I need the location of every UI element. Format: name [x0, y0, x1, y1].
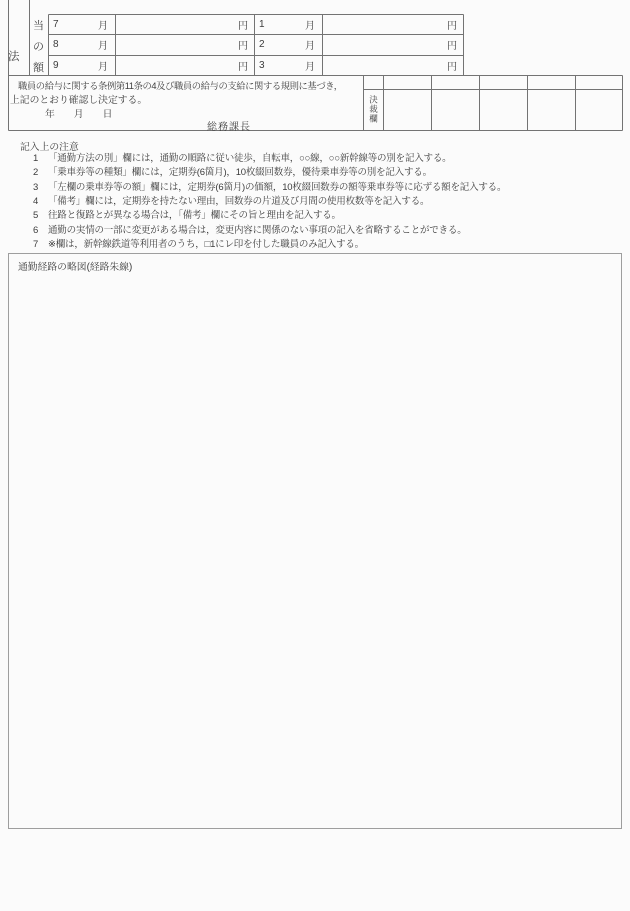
- approval-cell-empty: [432, 76, 479, 89]
- month-number: 2: [259, 39, 265, 50]
- note-text: ※欄は，新幹線鉄道等利用者のうち，□1にレ印を付した職員のみ記入する。: [48, 238, 364, 252]
- month-number: 3: [259, 60, 265, 71]
- currency-unit: 円: [238, 17, 248, 32]
- year-label: 年: [45, 106, 55, 120]
- notes-list: 1 「通勤方法の別」欄には，通勤の順路に従い徒歩，自転車，○○線，○○新幹線等の…: [31, 152, 506, 252]
- amount-column-char: 当: [29, 17, 48, 33]
- note-text: 「通勤方法の別」欄には，通勤の順路に従い徒歩，自転車，○○線，○○新幹線等の別を…: [48, 152, 451, 166]
- note-item: 4 「備考」欄には，定期券を持たない理由，回数券の片道及び月間の使用枚数等を記入…: [31, 195, 506, 209]
- month-label-cell: 7 月: [48, 14, 115, 34]
- month-unit: 月: [305, 58, 315, 73]
- approval-seal-cell: [528, 90, 575, 130]
- note-text: 往路と復路とが異なる場合は，「備考」欄にその旨と理由を記入する。: [48, 209, 341, 223]
- amount-column-char: 額: [29, 59, 48, 75]
- month-number: 8: [53, 39, 59, 50]
- route-map-label: 通勤経路の略図(経路朱線): [18, 259, 132, 273]
- amount-column-char: の: [29, 38, 48, 54]
- amount-field: 円: [115, 34, 254, 55]
- month-unit: 月: [98, 58, 108, 73]
- amount-field: 円: [322, 34, 463, 55]
- note-number: 6: [31, 224, 41, 238]
- month-label-cell: 8 月: [48, 34, 115, 55]
- day-label: 日: [103, 106, 113, 120]
- confirmation-text-line2: 上記のとおり確認し決定する。: [10, 92, 147, 106]
- month-label-cell: 2 月: [254, 34, 322, 55]
- general-affairs-chief-label: 総務課長: [207, 118, 251, 133]
- approval-seal-cell: [576, 90, 622, 130]
- approval-seal-cell: [384, 90, 431, 130]
- amount-field: 円: [322, 14, 463, 34]
- currency-unit: 円: [238, 58, 248, 73]
- month-unit: 月: [98, 37, 108, 52]
- currency-unit: 円: [447, 58, 457, 73]
- month-number: 7: [53, 19, 59, 30]
- note-text: 通勤の実情の一部に変更がある場合は，変更内容に関係のない事項の記入を省略すること…: [48, 224, 467, 238]
- approval-cell-empty: [384, 76, 431, 89]
- note-number: 1: [31, 152, 41, 166]
- currency-unit: 円: [447, 37, 457, 52]
- currency-unit: 円: [238, 37, 248, 52]
- approval-column-label: 決裁欄: [364, 90, 383, 129]
- notes-title: 記入上の注意: [20, 139, 79, 153]
- commute-allowance-form-page: 法 当 の 額 7 月 円 1 月 円 8 月 円 2 月 円 9 月 円 3 …: [0, 0, 630, 911]
- month-label-cell: 1 月: [254, 14, 322, 34]
- note-item: 1 「通勤方法の別」欄には，通勤の順路に従い徒歩，自転車，○○線，○○新幹線等の…: [31, 152, 506, 166]
- date-line: 年 月 日: [45, 106, 112, 120]
- note-number: 4: [31, 195, 41, 209]
- note-item: 3 「左欄の乗車券等の額」欄には，定期券(6箇月)の価額，10枚綴回数券の額等乗…: [31, 181, 506, 195]
- note-item: 7 ※欄は，新幹線鉄道等利用者のうち，□1にレ印を付した職員のみ記入する。: [31, 238, 506, 252]
- currency-unit: 円: [447, 17, 457, 32]
- note-text: 「乗車券等の種類」欄には，定期券(6箇月)，10枚綴回数券，優待乗車券等の別を記…: [48, 166, 432, 180]
- approval-seal-cell: [480, 90, 527, 130]
- note-item: 6 通勤の実情の一部に変更がある場合は，変更内容に関係のない事項の記入を省略する…: [31, 224, 506, 238]
- note-number: 2: [31, 166, 41, 180]
- note-text: 「備考」欄には，定期券を持たない理由，回数券の片道及び月間の使用枚数等を記入する…: [48, 195, 429, 209]
- note-item: 5 往路と復路とが異なる場合は，「備考」欄にその旨と理由を記入する。: [31, 209, 506, 223]
- month-label-cell: 9 月: [48, 55, 115, 75]
- note-text: 「左欄の乗車券等の額」欄には，定期券(6箇月)の価額，10枚綴回数券の額等乗車券…: [48, 181, 506, 195]
- confirmation-text-line1: 職員の給与に関する条例第11条の4及び職員の給与の支給に関する規則に基づき，: [18, 78, 343, 92]
- amount-field: 円: [322, 55, 463, 75]
- month-unit: 月: [98, 17, 108, 32]
- note-number: 5: [31, 209, 41, 223]
- month-label: 月: [74, 106, 84, 120]
- route-map-box: [8, 253, 622, 829]
- month-label-cell: 3 月: [254, 55, 322, 75]
- approval-cell-empty: [480, 76, 527, 89]
- month-number: 9: [53, 60, 59, 71]
- approval-cell-empty: [528, 76, 575, 89]
- note-number: 7: [31, 238, 41, 252]
- month-unit: 月: [305, 17, 315, 32]
- note-number: 3: [31, 181, 41, 195]
- method-column-char: 法: [8, 48, 29, 64]
- month-unit: 月: [305, 37, 315, 52]
- amount-field: 円: [115, 14, 254, 34]
- month-number: 1: [259, 19, 265, 30]
- approval-seal-cell: [432, 90, 479, 130]
- approval-cell-empty: [576, 76, 622, 89]
- note-item: 2 「乗車券等の種類」欄には，定期券(6箇月)，10枚綴回数券，優待乗車券等の別…: [31, 166, 506, 180]
- amount-field: 円: [115, 55, 254, 75]
